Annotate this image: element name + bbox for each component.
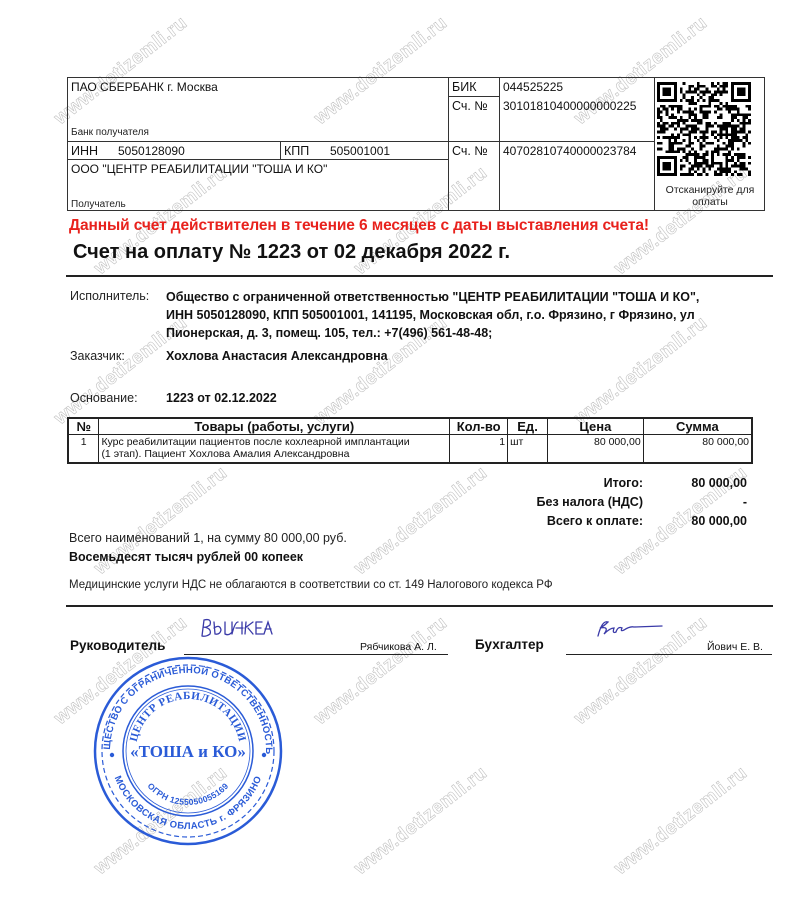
basis-label: Основание: xyxy=(70,391,138,405)
cell-qty: 1 xyxy=(450,435,508,463)
col-header-name: Товары (работы, услуги) xyxy=(99,418,450,435)
accountant-label: Бухгалтер xyxy=(475,637,544,652)
svg-text:«ТОША и КО»: «ТОША и КО» xyxy=(130,742,246,761)
director-name: Рябчикова А. Л. xyxy=(360,641,437,653)
executor-line: Общество с ограниченной ответственностью… xyxy=(166,288,699,306)
executor-label: Исполнитель: xyxy=(70,289,149,303)
inn-value: 5050128090 xyxy=(118,144,185,158)
col-header-qty: Кол-во xyxy=(450,418,508,435)
basis-value: 1223 от 02.12.2022 xyxy=(166,391,277,405)
account-value: 40702810740000023784 xyxy=(503,144,636,158)
table-header-row: № Товары (работы, услуги) Кол-во Ед. Цен… xyxy=(68,418,752,435)
recipient-name: ООО "ЦЕНТР РЕАБИЛИТАЦИИ "ТОША И КО" xyxy=(71,162,327,176)
divider xyxy=(280,141,281,159)
subtotal-value: 80 000,00 xyxy=(657,476,747,490)
accountant-signature-icon xyxy=(590,616,670,642)
cell-unit: шт xyxy=(508,435,548,463)
corr-account-label: Сч. № xyxy=(452,99,488,113)
svg-text:ОГРН 1255050055169: ОГРН 1255050055169 xyxy=(146,781,231,807)
divider xyxy=(448,141,654,142)
divider xyxy=(448,78,449,210)
subtotal-label: Итого: xyxy=(463,476,643,490)
bank-name: ПАО СБЕРБАНК г. Москва xyxy=(71,80,218,94)
divider xyxy=(68,159,448,160)
executor-line: Пионерская, д. 3, помещ. 105, тел.: +7(4… xyxy=(166,324,699,342)
cell-name-line: Курс реабилитации пациентов после кохлеа… xyxy=(101,436,447,448)
invoice-title: Счет на оплату № 1223 от 02 декабря 2022… xyxy=(73,241,510,264)
col-header-sum: Сумма xyxy=(643,418,752,435)
inn-label: ИНН xyxy=(71,144,98,158)
total-value: 80 000,00 xyxy=(657,514,747,528)
vat-label: Без налога (НДС) xyxy=(463,495,643,509)
divider-bottom xyxy=(66,605,773,607)
qr-caption: Отсканируйте для оплаты xyxy=(655,184,765,208)
cell-sum: 80 000,00 xyxy=(643,435,752,463)
qr-code-icon xyxy=(657,80,751,178)
executor-details: Общество с ограниченной ответственностью… xyxy=(166,288,699,342)
watermark-text: www.detizemli.ru xyxy=(350,762,492,879)
cell-num: 1 xyxy=(68,435,99,463)
corr-account-value: 30101810400000000225 xyxy=(503,99,636,113)
divider xyxy=(499,78,500,210)
total-label: Всего к оплате: xyxy=(463,514,643,528)
account-label: Сч. № xyxy=(452,144,488,158)
svg-text:ЦЕНТР РЕАБИЛИТАЦИИ: ЦЕНТР РЕАБИЛИТАЦИИ xyxy=(128,690,248,743)
recipient-label: Получатель xyxy=(71,199,126,210)
director-label: Руководитель xyxy=(70,638,165,653)
amount-in-words: Восемьдесят тысяч рублей 00 копеек xyxy=(69,550,303,564)
accountant-signature-line xyxy=(566,654,772,655)
table-row: 1 Курс реабилитации пациентов после кохл… xyxy=(68,435,752,463)
cell-price: 80 000,00 xyxy=(548,435,644,463)
watermark-text: www.detizemli.ru xyxy=(610,762,752,879)
bik-label: БИК xyxy=(452,80,476,94)
divider-top xyxy=(66,275,773,277)
cell-name-line: (1 этап). Пациент Хохлова Амалия Алексан… xyxy=(101,448,447,460)
kpp-label: КПП xyxy=(284,144,309,158)
col-header-unit: Ед. xyxy=(508,418,548,435)
customer-label: Заказчик: xyxy=(70,349,125,363)
validity-warning: Данный счет действителен в течение 6 мес… xyxy=(69,217,649,235)
cell-name: Курс реабилитации пациентов после кохлеа… xyxy=(99,435,450,463)
col-header-num: № xyxy=(68,418,99,435)
col-header-price: Цена xyxy=(548,418,644,435)
bank-label: Банк получателя xyxy=(71,127,149,138)
divider xyxy=(68,141,499,142)
vat-value: - xyxy=(657,495,747,509)
divider xyxy=(448,96,499,97)
director-signature-icon xyxy=(198,614,278,642)
bik-value: 044525225 xyxy=(503,80,563,94)
company-stamp-icon: ОБЩЕСТВО С ОГРАНИЧЕННОЙ ОТВЕТСТВЕННОСТЬЮ… xyxy=(92,655,284,847)
watermark-text: www.detizemli.ru xyxy=(310,612,452,729)
kpp-value: 505001001 xyxy=(330,144,390,158)
executor-line: ИНН 5050128090, КПП 505001001, 141195, М… xyxy=(166,306,699,324)
items-table: № Товары (работы, услуги) Кол-во Ед. Цен… xyxy=(67,417,753,464)
items-count-summary: Всего наименований 1, на сумму 80 000,00… xyxy=(69,531,347,545)
vat-exemption-note: Медицинские услуги НДС не облагаются в с… xyxy=(69,579,553,591)
accountant-name: Йович Е. В. xyxy=(707,641,763,653)
customer-value: Хохлова Анастасия Александровна xyxy=(166,349,388,363)
